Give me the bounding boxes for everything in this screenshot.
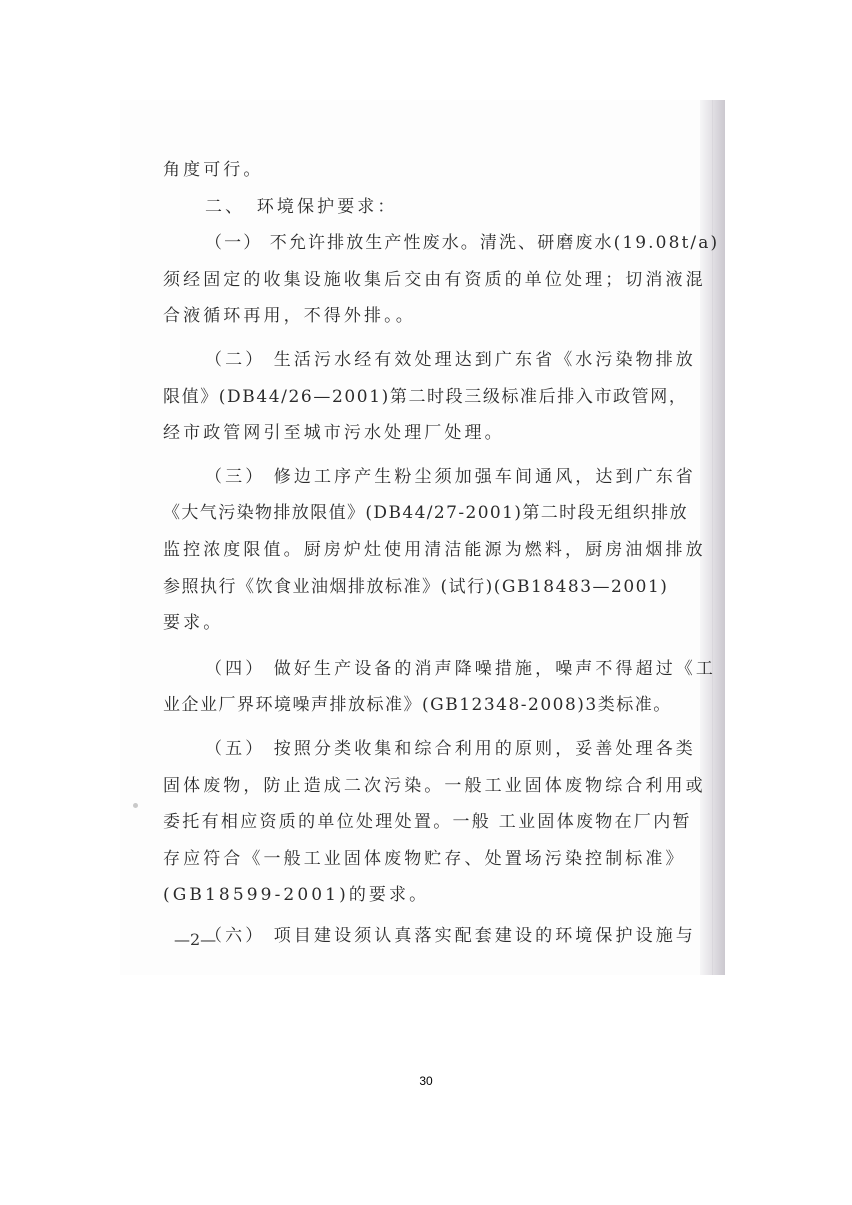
paragraph-1-line: （一） 不允许排放生产性废水。清洗、研磨废水(19.08t/a) [163,225,678,262]
paragraph-1-line: 合液循环再用，不得外排。。 [163,298,678,335]
paragraph-5-line: 委托有相应资质的单位处理处置。一般 工业固体废物在厂内暂 [163,804,678,841]
paragraph-3-line: 监控浓度限值。厨房炉灶使用清洁能源为燃料，厨房油烟排放 [163,532,678,569]
paragraph-3-line: 《大气污染物排放限值》(DB44/27-2001)第二时段无组织排放 [163,495,678,532]
paragraph-3-line: （三） 修边工序产生粉尘须加强车间通风，达到广东省 [163,459,678,496]
paragraph-1-line: 须经固定的收集设施收集后交由有资质的单位处理；切消液混 [163,262,678,299]
scan-speck [133,803,138,808]
paragraph-6-line: （六） 项目建设须认真落实配套建设的环境保护设施与 [163,918,678,955]
paragraph-5-line: 存应符合《一般工业固体废物贮存、处置场污染控制标准》 [163,841,678,878]
paragraph-4-line: （四） 做好生产设备的消声降噪措施，噪声不得超过《工 [163,651,678,688]
paragraph-5-line: (GB18599-2001)的要求。 [163,877,678,914]
paragraph-3-line: 参照执行《饮食业油烟排放标准》(试行)(GB18483—2001) [163,569,678,606]
section-heading: 二、 环境保护要求： [163,189,678,226]
document-body: 角度可行。 二、 环境保护要求： （一） 不允许排放生产性废水。清洗、研磨废水(… [163,152,678,954]
paragraph-2-line: （二） 生活污水经有效处理达到广东省《水污染物排放 [163,342,678,379]
text-line: 角度可行。 [163,152,678,189]
paragraph-5-line: （五） 按照分类收集和综合利用的原则，妥善处理各类 [163,731,678,768]
paragraph-3-line: 要求。 [163,605,678,642]
scan-page-mark: —2— [174,930,216,949]
paragraph-2-line: 经市政管网引至城市污水处理厂处理。 [163,415,678,452]
paragraph-4-line: 业企业厂界环境噪声排放标准》(GB12348-2008)3类标准。 [163,687,678,724]
page-number: 30 [0,1074,852,1088]
paragraph-5-line: 固体废物，防止造成二次污染。一般工业固体废物综合利用或 [163,768,678,805]
paragraph-2-line: 限值》(DB44/26—2001)第二时段三级标准后排入市政管网， [163,379,678,416]
